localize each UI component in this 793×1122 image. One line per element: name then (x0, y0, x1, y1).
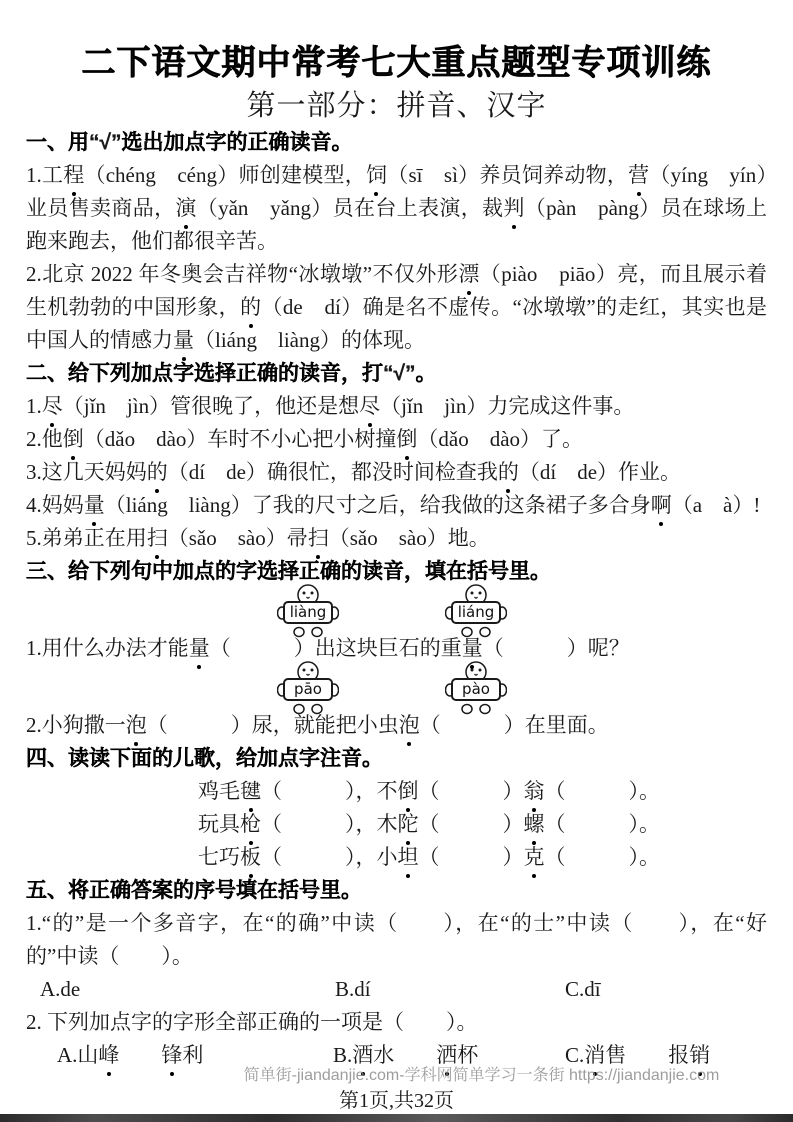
badge-pinyin-label: pào (462, 680, 490, 698)
badge-pinyin-label: liáng (458, 603, 495, 621)
chick-badge-liang2: liáng (445, 583, 507, 639)
page-number-footer: 第1页,共32页 (0, 1084, 793, 1113)
question-item-3-1: 1.用什么办法才能量（ ）出这块巨石的重量（ ）呢？ (26, 632, 767, 665)
section-3-heading: 三、给下列句中加点的字选择正确的读音，填在括号里。 (26, 555, 767, 588)
worksheet-page: 二下语文期中常考七大重点题型专项训练 第一部分：拼音、汉字 一、用“√”选出加点… (0, 0, 793, 1122)
chick-badge-pao1: pāo (277, 660, 339, 716)
question-item-5-1: 1.“的”是一个多音字，在“的确”中读（ ），在“的士”中读（ ），在“好的”中… (26, 907, 767, 973)
rhyme-line-2: 玩具枪（ ），木陀（ ）螺（ ）。 (198, 808, 767, 841)
options-row-1: A.de B.dí C.dī (26, 973, 767, 1006)
question-item-2-2: 2.他倒（dǎo dào）车时不小心把小树撞倒（dǎo dào）了。 (26, 423, 767, 456)
question-item-1-1: 1.工程（chéng céng）师创建模型，饲（sī sì）养员饲养动物，营（y… (26, 159, 767, 258)
section-4-heading: 四、读读下面的儿歌，给加点字注音。 (26, 742, 767, 775)
section-1-heading: 一、用“√”选出加点字的正确读音。 (26, 126, 767, 159)
option-c: C.dī (565, 973, 767, 1006)
page-title: 二下语文期中常考七大重点题型专项训练 (26, 40, 767, 86)
chick-badge-pao4: pào (445, 660, 507, 716)
pinyin-badge-row-2: pāo pào (26, 665, 767, 709)
question-item-1-2: 2.北京 2022 年冬奥会吉祥物“冰墩墩”不仅外形漂（piào piāo）亮，… (26, 258, 767, 357)
chick-badge-liang4: liàng (277, 583, 339, 639)
page-subtitle: 第一部分：拼音、汉字 (26, 86, 767, 126)
section-2-heading: 二、给下列加点字选择正确的读音，打“√”。 (26, 357, 767, 390)
badge-pinyin-label: pāo (294, 680, 322, 698)
rhyme-line-3: 七巧板（ ），小坦（ ）克（ ）。 (198, 841, 767, 874)
worksheet-content: 二下语文期中常考七大重点题型专项训练 第一部分：拼音、汉字 一、用“√”选出加点… (0, 40, 793, 1072)
question-item-2-3: 3.这几天妈妈的（dí de）确很忙，都没时间检查我的（dí de）作业。 (26, 456, 767, 489)
rhyme-line-1: 鸡毛毽（ ），不倒（ ）翁（ ）。 (198, 775, 767, 808)
section-5-heading: 五、将正确答案的序号填在括号里。 (26, 874, 767, 907)
pinyin-badge-row-1: liàng liáng (26, 588, 767, 632)
question-item-2-5: 5.弟弟正在用扫（sǎo sào）帚扫（sǎo sào）地。 (26, 522, 767, 555)
question-item-2-4: 4.妈妈量（liáng liàng）了我的尺寸之后，给我做的这条裙子多合身啊（a… (26, 489, 767, 522)
badge-pinyin-label: liàng (290, 603, 327, 621)
site-watermark: 简单街-jiandanjie.com-学科网简单学习一条街 https://ji… (0, 1062, 793, 1085)
scan-edge-bar (0, 1114, 793, 1122)
option-a: A.de (40, 973, 335, 1006)
rhyme-block: 鸡毛毽（ ），不倒（ ）翁（ ）。 玩具枪（ ），木陀（ ）螺（ ）。 七巧板（… (26, 775, 767, 874)
question-item-3-2: 2.小狗撒一泡（ ）尿，就能把小虫泡（ ）在里面。 (26, 709, 767, 742)
question-item-2-1: 1.尽（jǐn jìn）管很晚了，他还是想尽（jǐn jìn）力完成这件事。 (26, 390, 767, 423)
option-b: B.dí (335, 973, 565, 1006)
question-item-5-2: 2. 下列加点字的字形全部正确的一项是（ ）。 (26, 1006, 767, 1039)
